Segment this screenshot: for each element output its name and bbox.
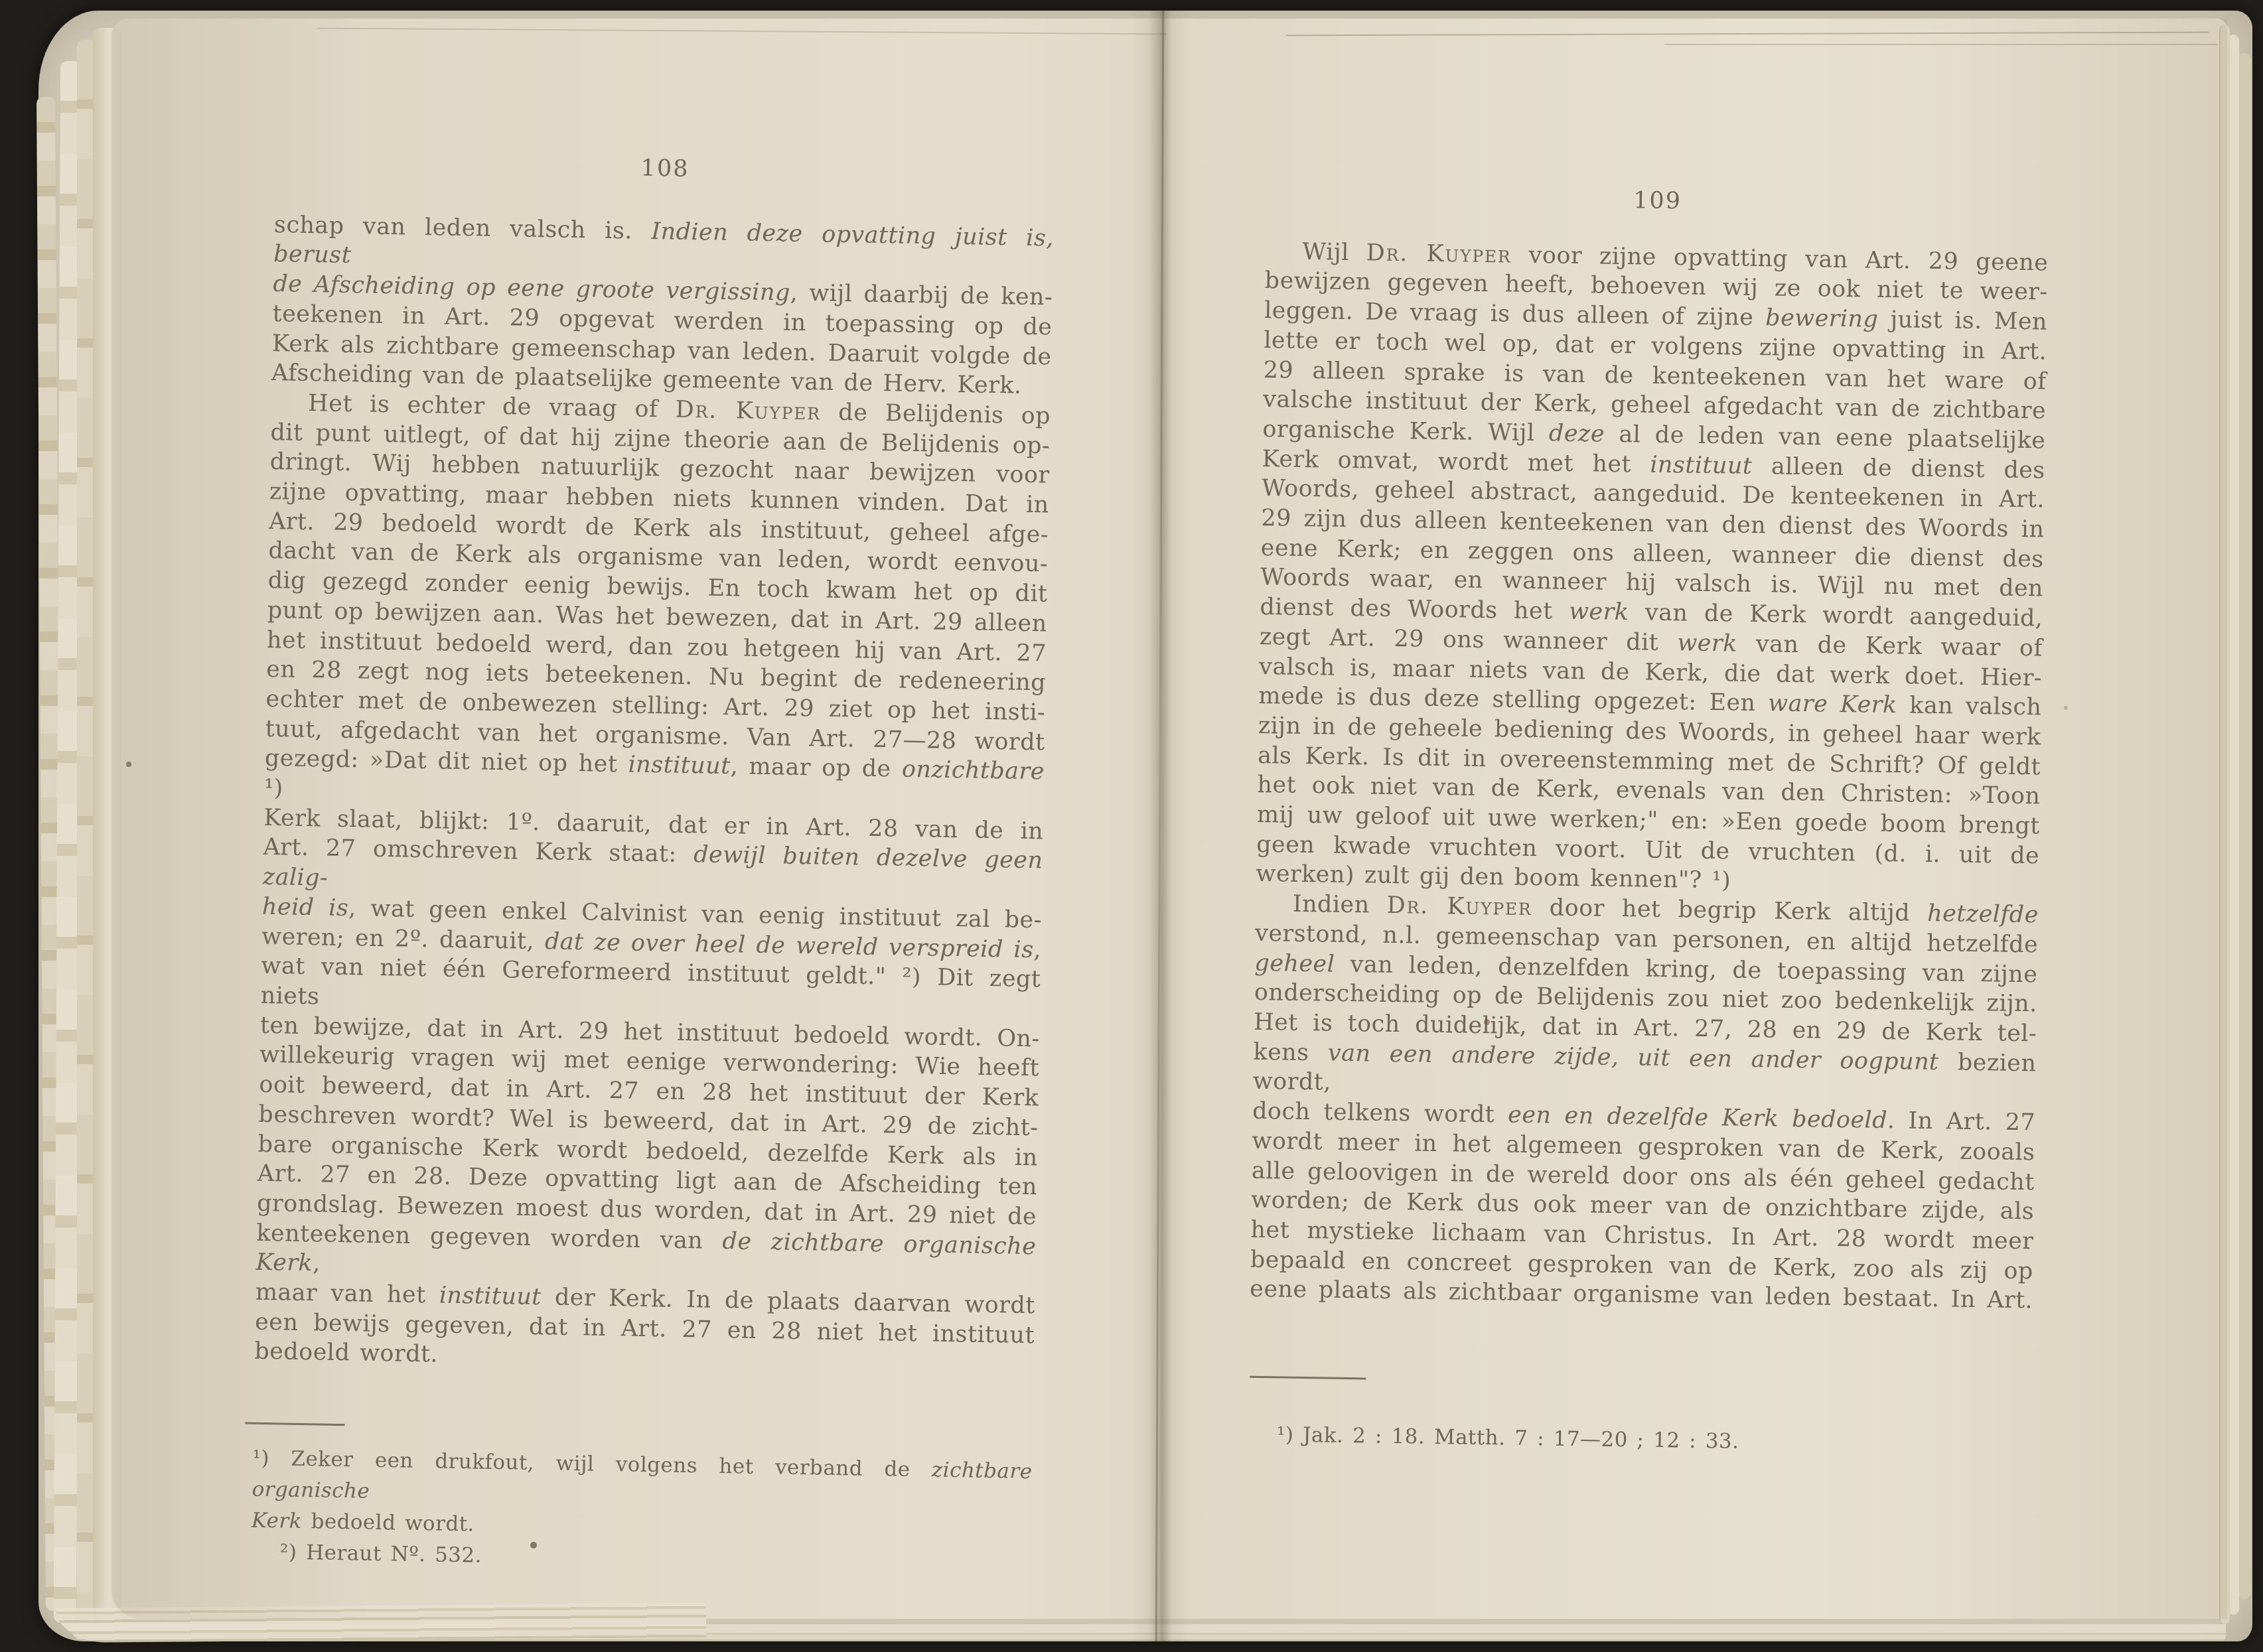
page-text: Wijl Dr. Kuyper voor zijne opvatting van… bbox=[1250, 237, 2049, 1316]
page-left: 108 schap van leden valsch is. Indien de… bbox=[251, 147, 1055, 1581]
footnote-rule bbox=[245, 1422, 344, 1426]
page-right: 109 Wijl Dr. Kuyper voor zijne opvatting… bbox=[1248, 180, 2049, 1462]
book-spread: 108 schap van leden valsch is. Indien de… bbox=[38, 11, 2252, 1641]
paper-speck bbox=[439, 490, 443, 494]
page-edges-right bbox=[2238, 53, 2251, 1599]
footnote-rule bbox=[1250, 1376, 1366, 1380]
paper-speck bbox=[2064, 706, 2068, 710]
page-text: schap van leden valsch is. Indien deze o… bbox=[254, 210, 1054, 1381]
footnotes: ¹) Zeker een drukfout, wijl volgens het … bbox=[251, 1443, 1033, 1581]
paper-speck bbox=[530, 1542, 537, 1549]
text-line: kens van een andere zijde, uit een ander… bbox=[1253, 1038, 2037, 1109]
paper-speck bbox=[126, 762, 131, 767]
paper-speck bbox=[1484, 1019, 1490, 1025]
book-scan: 108 schap van leden valsch is. Indien de… bbox=[0, 0, 2263, 1652]
